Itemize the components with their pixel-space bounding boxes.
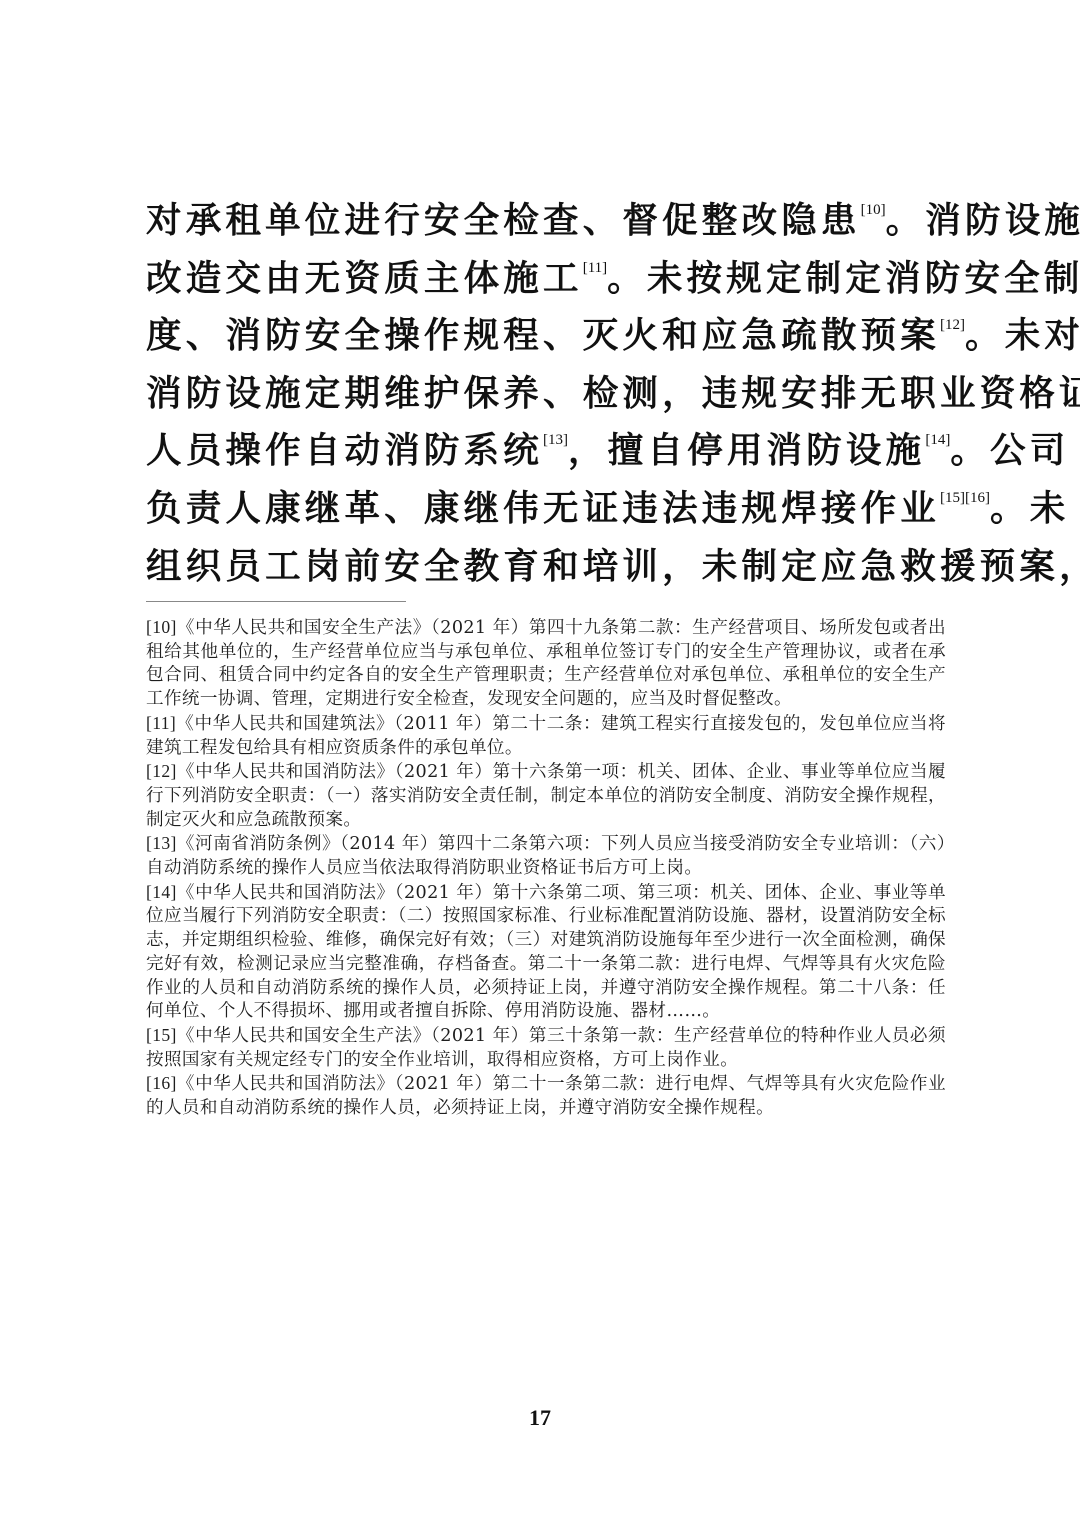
footnotes: [10]《中华人民共和国安全生产法》（2021 年）第四十九条第二款：生产经营项… [146, 616, 946, 1121]
footnote-number: [16] [146, 1073, 177, 1093]
body-line: 负责人康继革、康继伟无证违法违规焊接作业[15][16]。未 [146, 480, 946, 538]
footnote-16: [16]《中华人民共和国消防法》（2021 年）第二十一条第二款：进行电焊、气焊… [146, 1072, 946, 1120]
footnote-text: 《中华人民共和国消防法》（2021 年）第二十一条第二款：进行电焊、气焊等具有火… [146, 1074, 946, 1118]
footnote-number: [10] [146, 617, 177, 637]
footnote-ref[interactable]: [13] [543, 432, 568, 448]
footnote-ref[interactable]: [10] [861, 202, 886, 218]
footnote-12: [12]《中华人民共和国消防法》（2021 年）第十六条第一项：机关、团体、企业… [146, 760, 946, 832]
footnote-ref[interactable]: [15][16] [940, 490, 990, 506]
body-line: 度、消防安全操作规程、灭火和应急疏散预案[12]。未对 [146, 307, 946, 365]
footnote-number: [12] [146, 761, 177, 781]
footnote-text: 《中华人民共和国安全生产法》（2021 年）第三十条第一款：生产经营单位的特种作… [146, 1026, 946, 1070]
line-text: 。未按规定制定消防安全制 [607, 258, 1080, 299]
footnote-separator [146, 601, 406, 602]
footnote-text: 《中华人民共和国消防法》（2021 年）第十六条第一项：机关、团体、企业、事业等… [146, 762, 946, 829]
footnote-ref[interactable]: [12] [940, 317, 965, 333]
footnote-number: [15] [146, 1025, 177, 1045]
footnote-11: [11]《中华人民共和国建筑法》（2011 年）第二十二条：建筑工程实行直接发包… [146, 712, 946, 760]
footnote-number: [14] [146, 882, 177, 902]
page-number: 17 [0, 1405, 1080, 1431]
footnote-15: [15]《中华人民共和国安全生产法》（2021 年）第三十条第一款：生产经营单位… [146, 1024, 946, 1072]
body-line: 对承租单位进行安全检查、督促整改隐患[10]。消防设施 [146, 192, 946, 250]
footnote-text: 《中华人民共和国建筑法》（2011 年）第二十二条：建筑工程实行直接发包的，发包… [146, 714, 946, 758]
footnote-text: 《河南省消防条例》（2014 年）第四十二条第六项：下列人员应当接受消防安全专业… [146, 834, 946, 878]
line-text: 。未 [990, 488, 1069, 529]
footnote-10: [10]《中华人民共和国安全生产法》（2021 年）第四十九条第二款：生产经营项… [146, 616, 946, 712]
body-line: 组织员工岗前安全教育和培训，未制定应急救援预案， [146, 538, 946, 596]
footnote-14: [14]《中华人民共和国消防法》（2021 年）第十六条第二项、第三项：机关、团… [146, 881, 946, 1024]
body-paragraph: 对承租单位进行安全检查、督促整改隐患[10]。消防设施 改造交由无资质主体施工[… [146, 192, 946, 595]
line-text: 。未对 [965, 315, 1080, 356]
footnote-text: 《中华人民共和国消防法》（2021 年）第十六条第二项、第三项：机关、团体、企业… [146, 883, 946, 1022]
line-text: ，擅自停用消防设施 [568, 430, 925, 471]
line-text: 负责人康继革、康继伟无证违法违规焊接作业 [146, 488, 940, 529]
body-line: 人员操作自动消防系统[13]，擅自停用消防设施[14]。公司 [146, 422, 946, 480]
footnote-13: [13]《河南省消防条例》（2014 年）第四十二条第六项：下列人员应当接受消防… [146, 832, 946, 880]
footnote-number: [13] [146, 833, 177, 853]
line-text: 消防设施定期维护保养、检测，违规安排无职业资格证 [146, 373, 1080, 414]
body-line: 改造交由无资质主体施工[11]。未按规定制定消防安全制 [146, 250, 946, 308]
line-text: 改造交由无资质主体施工 [146, 258, 583, 299]
line-text: 组织员工岗前安全教育和培训，未制定应急救援预案， [146, 546, 1080, 587]
footnote-ref[interactable]: [11] [583, 260, 607, 276]
line-text: 度、消防安全操作规程、灭火和应急疏散预案 [146, 315, 940, 356]
line-text: 。公司 [950, 430, 1069, 471]
footnote-number: [11] [146, 713, 176, 733]
body-line: 消防设施定期维护保养、检测，违规安排无职业资格证 [146, 365, 946, 423]
line-text: 。消防设施 [886, 200, 1080, 241]
footnote-text: 《中华人民共和国安全生产法》（2021 年）第四十九条第二款：生产经营项目、场所… [146, 618, 946, 709]
line-text: 对承租单位进行安全检查、督促整改隐患 [146, 200, 861, 241]
line-text: 人员操作自动消防系统 [146, 430, 543, 471]
footnote-ref[interactable]: [14] [925, 432, 950, 448]
